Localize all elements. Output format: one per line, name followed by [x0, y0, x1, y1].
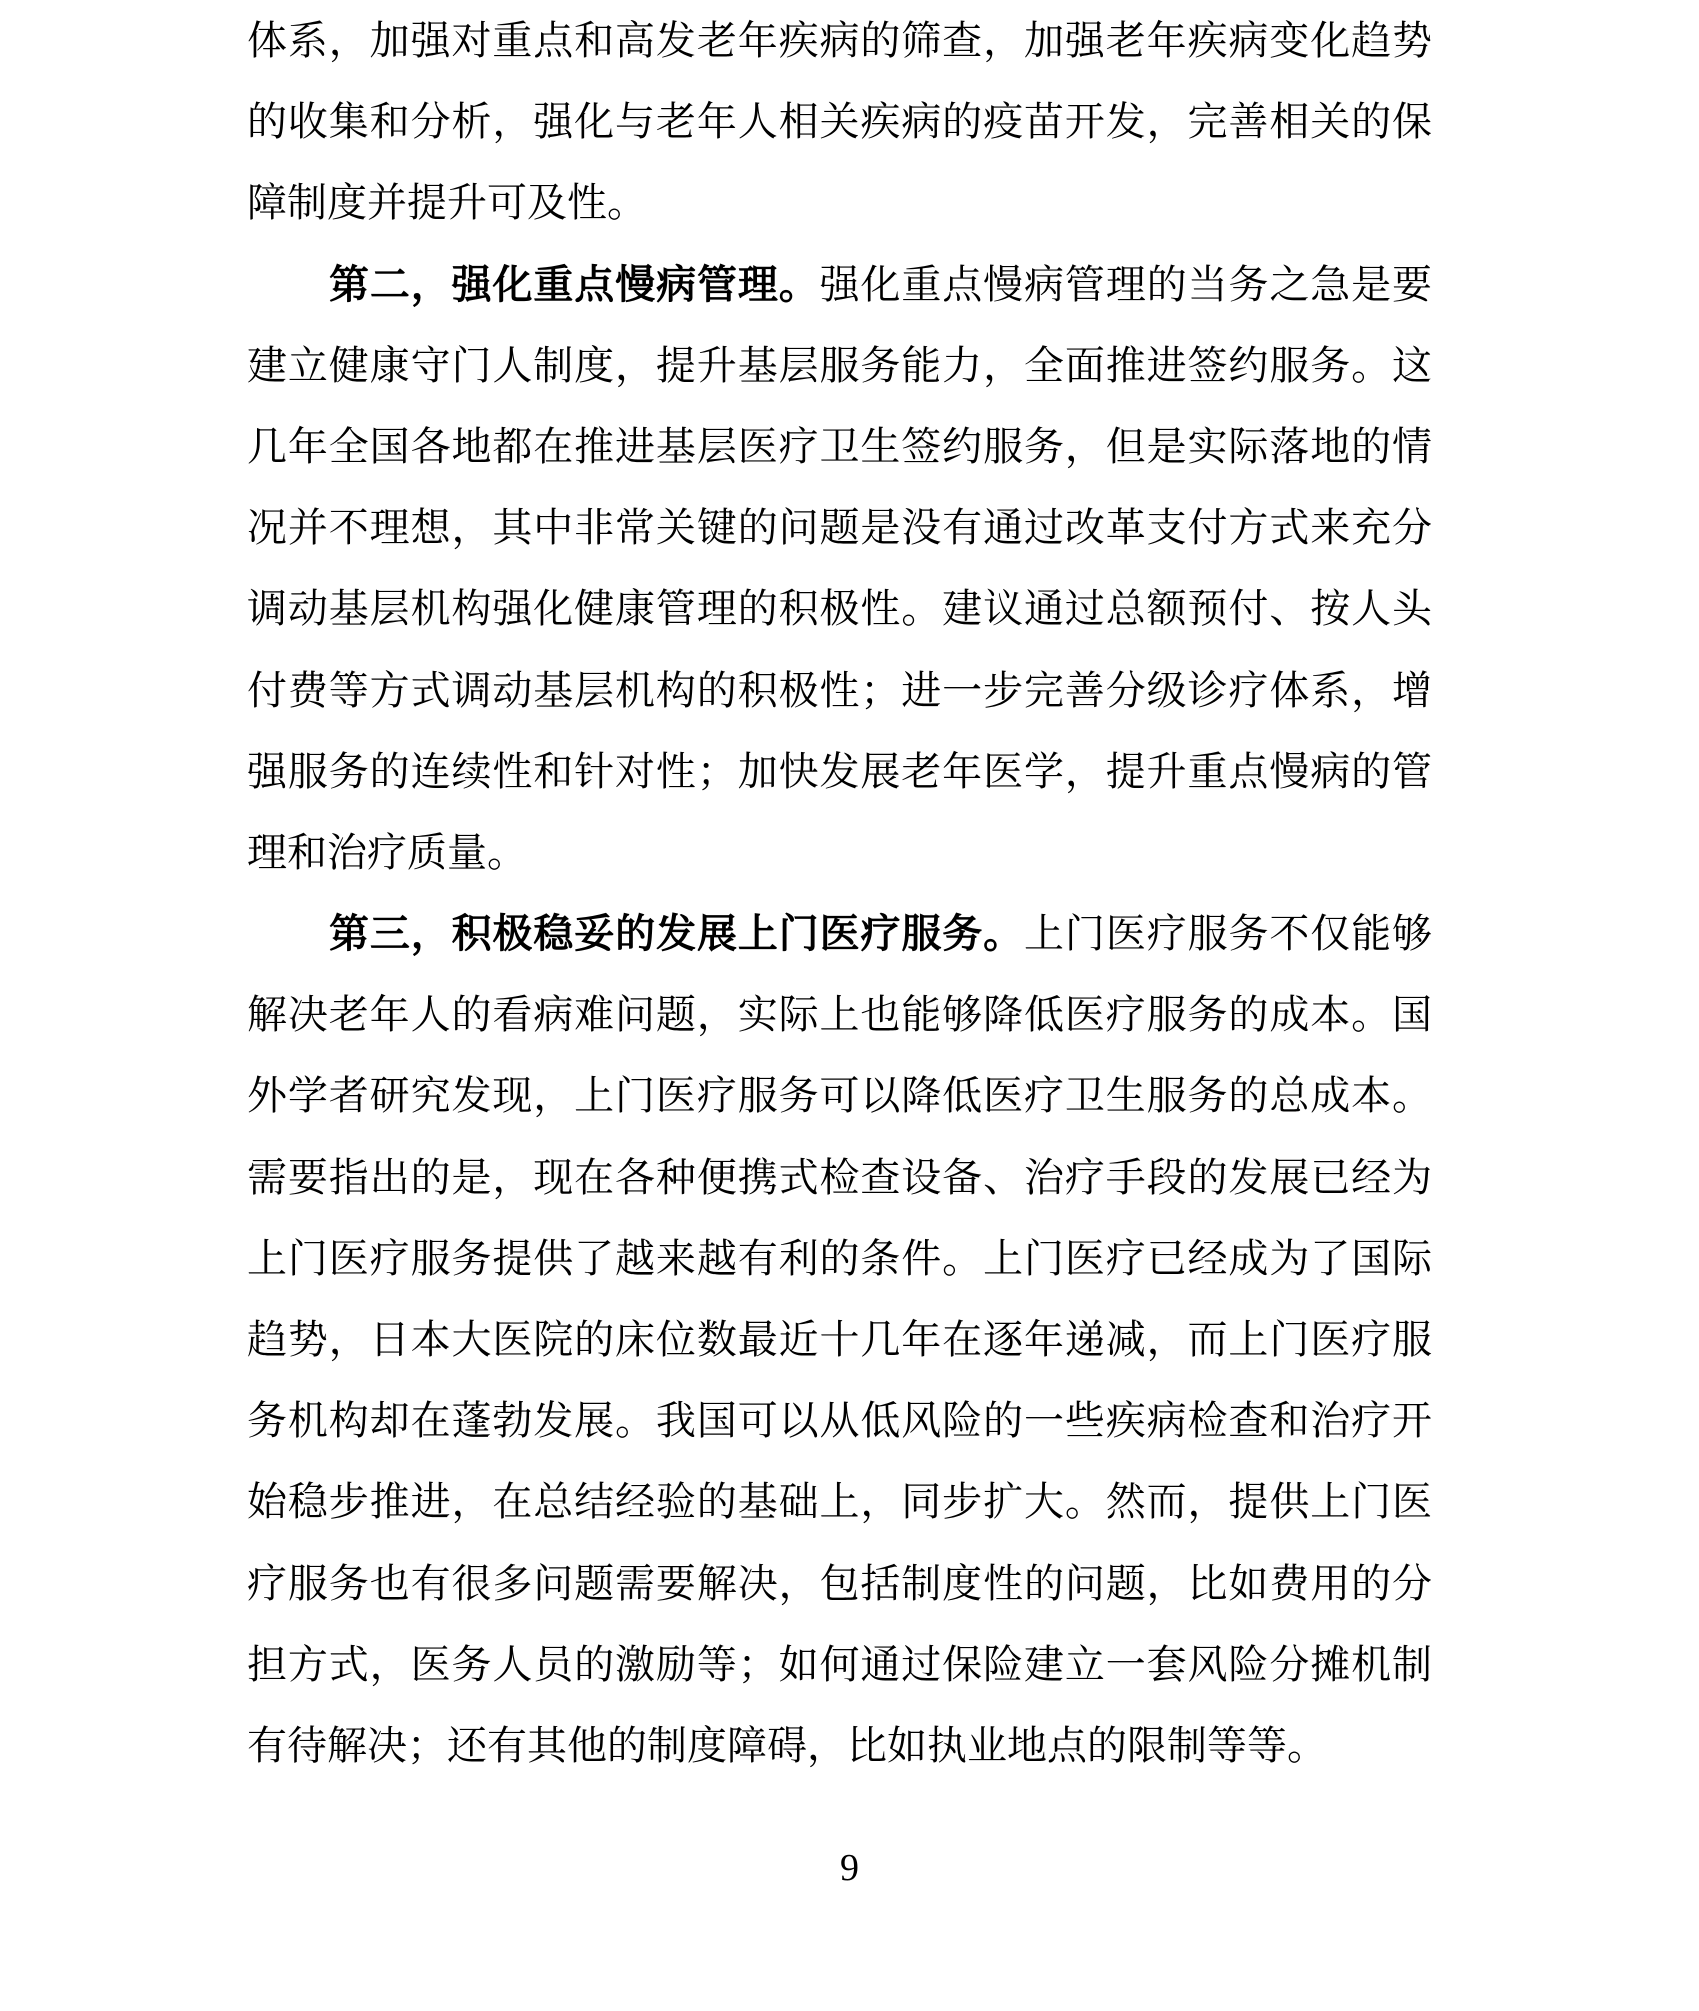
text-segment: 况并不理想，其中非常关键的问题是没有通过改革支付方式来充分 — [247, 505, 1432, 550]
text-segment: 有待解决；还有其他的制度障碍，比如执业地点的限制等等。 — [247, 1723, 1327, 1768]
text-segment: 担方式，医务人员的激励等；如何通过保险建立一套风险分摊机制 — [247, 1642, 1432, 1687]
text-segment: 解决老年人的看病难问题，实际上也能够降低医疗服务的成本。国 — [247, 992, 1432, 1037]
text-segment: 务机构却在蓬勃发展。我国可以从低风险的一些疾病检查和治疗开 — [247, 1398, 1432, 1443]
text-segment: 强服务的连续性和针对性；加快发展老年医学，提升重点慢病的管 — [247, 749, 1432, 794]
text-segment: 上门医疗服务不仅能够 — [1024, 911, 1432, 956]
text-segment: 几年全国各地都在推进基层医疗卫生签约服务，但是实际落地的情 — [247, 424, 1432, 469]
text-segment: 趋势，日本大医院的床位数最近十几年在逐年递减，而上门医疗服 — [247, 1317, 1432, 1362]
text-segment: 障制度并提升可及性。 — [247, 180, 647, 225]
text-line: 况并不理想，其中非常关键的问题是没有通过改革支付方式来充分 — [247, 487, 1432, 568]
text-segment: 理和治疗质量。 — [247, 830, 527, 875]
text-line: 第三，积极稳妥的发展上门医疗服务。上门医疗服务不仅能够 — [247, 893, 1432, 974]
text-line: 疗服务也有很多问题需要解决，包括制度性的问题，比如费用的分 — [247, 1543, 1432, 1624]
text-segment: 疗服务也有很多问题需要解决，包括制度性的问题，比如费用的分 — [247, 1561, 1432, 1606]
text-line: 上门医疗服务提供了越来越有利的条件。上门医疗已经成为了国际 — [247, 1218, 1432, 1299]
text-segment: 强化重点慢病管理的当务之急是要 — [820, 262, 1432, 307]
text-line: 障制度并提升可及性。 — [247, 162, 1432, 243]
text-line: 解决老年人的看病难问题，实际上也能够降低医疗服务的成本。国 — [247, 974, 1432, 1055]
document-page: 体系，加强对重点和高发老年疾病的筛查，加强老年疾病变化趋势的收集和分析，强化与老… — [0, 0, 1699, 2011]
text-line: 第二，强化重点慢病管理。强化重点慢病管理的当务之急是要 — [247, 244, 1432, 325]
text-line: 建立健康守门人制度，提升基层服务能力，全面推进签约服务。这 — [247, 325, 1432, 406]
text-line: 务机构却在蓬勃发展。我国可以从低风险的一些疾病检查和治疗开 — [247, 1380, 1432, 1461]
text-line: 理和治疗质量。 — [247, 812, 1432, 893]
text-line: 调动基层机构强化健康管理的积极性。建议通过总额预付、按人头 — [247, 568, 1432, 649]
text-line: 外学者研究发现，上门医疗服务可以降低医疗卫生服务的总成本。 — [247, 1055, 1432, 1136]
text-segment: 外学者研究发现，上门医疗服务可以降低医疗卫生服务的总成本。 — [247, 1073, 1432, 1118]
page-number: 9 — [0, 1838, 1699, 1898]
text-segment: 上门医疗服务提供了越来越有利的条件。上门医疗已经成为了国际 — [247, 1236, 1432, 1281]
text-line: 的收集和分析，强化与老年人相关疾病的疫苗开发，完善相关的保 — [247, 81, 1432, 162]
text-line: 付费等方式调动基层机构的积极性；进一步完善分级诊疗体系，增 — [247, 650, 1432, 731]
text-segment: 体系，加强对重点和高发老年疾病的筛查，加强老年疾病变化趋势 — [247, 18, 1432, 63]
text-segment: 调动基层机构强化健康管理的积极性。建议通过总额预付、按人头 — [247, 586, 1432, 631]
text-line: 几年全国各地都在推进基层医疗卫生签约服务，但是实际落地的情 — [247, 406, 1432, 487]
text-line: 有待解决；还有其他的制度障碍，比如执业地点的限制等等。 — [247, 1705, 1432, 1786]
bold-text-segment: 第三，积极稳妥的发展上门医疗服务。 — [329, 911, 1024, 956]
text-line: 强服务的连续性和针对性；加快发展老年医学，提升重点慢病的管 — [247, 731, 1432, 812]
text-segment: 需要指出的是，现在各种便携式检查设备、治疗手段的发展已经为 — [247, 1155, 1432, 1200]
text-line: 需要指出的是，现在各种便携式检查设备、治疗手段的发展已经为 — [247, 1137, 1432, 1218]
text-line: 担方式，医务人员的激励等；如何通过保险建立一套风险分摊机制 — [247, 1624, 1432, 1705]
text-line: 始稳步推进，在总结经验的基础上，同步扩大。然而，提供上门医 — [247, 1461, 1432, 1542]
document-body: 体系，加强对重点和高发老年疾病的筛查，加强老年疾病变化趋势的收集和分析，强化与老… — [247, 0, 1432, 1786]
text-segment: 的收集和分析，强化与老年人相关疾病的疫苗开发，完善相关的保 — [247, 99, 1432, 144]
text-line: 趋势，日本大医院的床位数最近十几年在逐年递减，而上门医疗服 — [247, 1299, 1432, 1380]
text-segment: 建立健康守门人制度，提升基层服务能力，全面推进签约服务。这 — [247, 343, 1432, 388]
text-segment: 始稳步推进，在总结经验的基础上，同步扩大。然而，提供上门医 — [247, 1479, 1432, 1524]
text-segment: 付费等方式调动基层机构的积极性；进一步完善分级诊疗体系，增 — [247, 668, 1432, 713]
bold-text-segment: 第二，强化重点慢病管理。 — [329, 262, 820, 307]
text-line: 体系，加强对重点和高发老年疾病的筛查，加强老年疾病变化趋势 — [247, 0, 1432, 81]
